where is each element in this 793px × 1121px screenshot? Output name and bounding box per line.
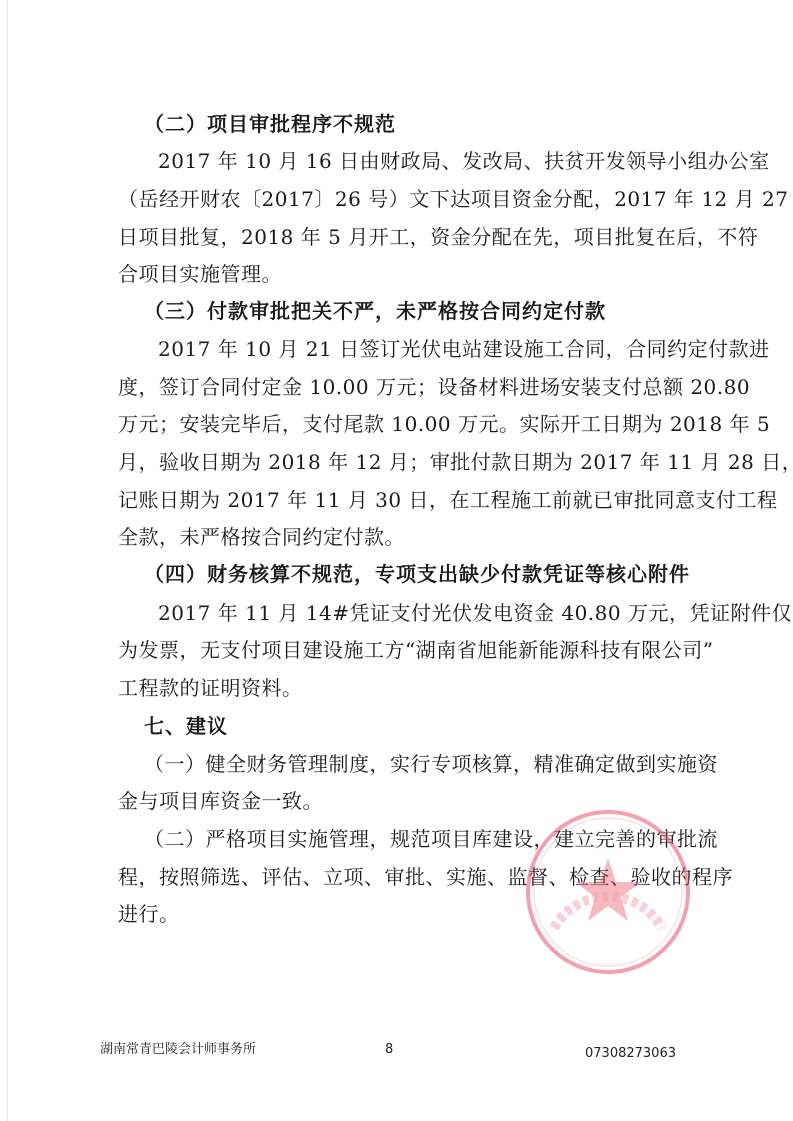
heading-financial-accounting: （四）财务核算不规范，专项支出缺少付款凭证等核心附件 bbox=[144, 561, 690, 587]
paragraph-line: 进行。 bbox=[118, 901, 690, 927]
paragraph-line: 为发票，无支付项目建设施工方“湖南省旭能新能源科技有限公司” bbox=[118, 637, 690, 663]
scan-edge-line bbox=[7, 0, 8, 1121]
paragraph-line: （二）严格项目实施管理，规范项目库建设，建立完善的审批流 bbox=[144, 826, 690, 852]
paragraph-line: 2017 年 10 月 16 日由财政局、发改局、扶贫开发领导小组办公室 bbox=[158, 148, 690, 174]
paragraph-line: 工程款的证明资料。 bbox=[118, 675, 690, 701]
paragraph-line: 程，按照筛选、评估、立项、审批、实施、监督、检查、验收的程序 bbox=[118, 864, 690, 890]
paragraph-line: 度，签订合同付定金 10.00 万元；设备材料进场安装支付总额 20.80 bbox=[118, 374, 690, 400]
paragraph-line: 金与项目库资金一致。 bbox=[118, 788, 690, 814]
paragraph-line: 日项目批复，2018 年 5 月开工，资金分配在先，项目批复在后，不符 bbox=[118, 224, 690, 250]
paragraph-line: 月，验收日期为 2018 年 12 月；审批付款日期为 2017 年 11 月 … bbox=[118, 449, 690, 475]
paragraph-line: （岳经开财农〔2017〕26 号）文下达项目资金分配，2017 年 12 月 2… bbox=[118, 186, 690, 212]
paragraph-line: 全款，未严格按合同约定付款。 bbox=[118, 524, 690, 550]
heading-payment-approval: （三）付款审批把关不严，未严格按合同约定付款 bbox=[144, 298, 690, 324]
footer-firm-name: 湖南常青巴陵会计师事务所 bbox=[100, 1038, 256, 1057]
heading-recommendations: 七、建议 bbox=[144, 713, 690, 739]
footer-phone: 07308273063 bbox=[585, 1046, 676, 1061]
footer-page-number: 8 bbox=[385, 1042, 393, 1057]
heading-project-approval: （二）项目审批程序不规范 bbox=[144, 111, 690, 137]
paragraph-line: 合项目实施管理。 bbox=[118, 261, 690, 287]
paragraph-line: 2017 年 11 月 14#凭证支付光伏发电资金 40.80 万元，凭证附件仅 bbox=[158, 600, 690, 626]
paragraph-line: 2017 年 10 月 21 日签订光伏电站建设施工合同，合同约定付款进 bbox=[158, 336, 690, 362]
paragraph-line: 记账日期为 2017 年 11 月 30 日，在工程施工前就已审批同意支付工程 bbox=[118, 487, 690, 513]
paragraph-line: （一）健全财务管理制度，实行专项核算，精准确定做到实施资 bbox=[144, 751, 690, 777]
paragraph-line: 万元；安装完毕后，支付尾款 10.00 万元。实际开工日期为 2018 年 5 bbox=[118, 411, 690, 437]
